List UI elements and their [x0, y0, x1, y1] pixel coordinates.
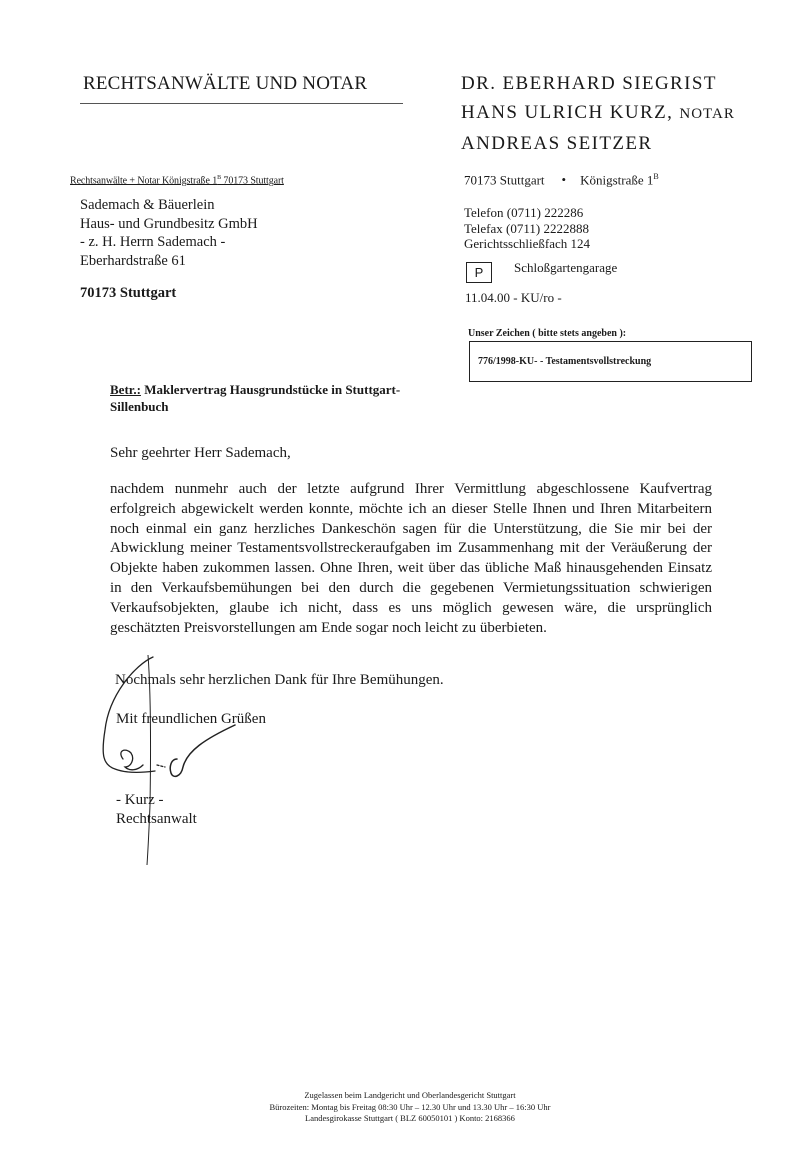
firm-address: 70173 Stuttgart•Königstraße 1B	[464, 172, 659, 188]
court-mailbox: Gerichtsschließfach 124	[464, 236, 590, 252]
recipient-line: Haus- und Grundbesitz GmbH	[80, 215, 258, 234]
recipient-line: Eberhardstraße 61	[80, 252, 258, 271]
footer-line: Landesgirokasse Stuttgart ( BLZ 60050101…	[230, 1113, 590, 1125]
footer: Zugelassen beim Landgericht und Oberland…	[230, 1090, 590, 1125]
recipient-city: 70173 Stuttgart	[80, 285, 176, 302]
signer-title: Rechtsanwalt	[116, 810, 197, 829]
salutation: Sehr geehrter Herr Sademach,	[110, 445, 291, 462]
signer: - Kurz - Rechtsanwalt	[116, 791, 197, 829]
footer-line: Zugelassen beim Landgericht und Oberland…	[230, 1090, 590, 1102]
phone-number: Telefon (0711) 222286	[464, 205, 590, 221]
firm-title: RECHTSANWÄLTE UND NOTAR	[83, 73, 367, 95]
subject-text-cont: Sillenbuch	[110, 398, 400, 415]
parking-icon: P	[466, 262, 492, 283]
partner-name: HANS ULRICH KURZ, NOTAR	[461, 98, 735, 129]
reference-label: Unser Zeichen ( bitte stets angeben ):	[468, 328, 626, 339]
signer-name: - Kurz -	[116, 791, 197, 810]
reference-value: 776/1998-KU- - Testamentsvollstreckung	[478, 356, 651, 367]
bullet-icon: •	[562, 172, 567, 188]
sender-return-address: Rechtsanwälte + Notar Königstraße 1B 701…	[70, 175, 284, 186]
subject-label: Betr.:	[110, 382, 141, 397]
subject: Betr.: Maklervertrag Hausgrundstücke in …	[110, 381, 400, 415]
date-reference: 11.04.00 - KU/ro -	[465, 290, 562, 306]
parking-label: Schloßgartengarage	[514, 260, 617, 276]
firm-contacts: Telefon (0711) 222286 Telefax (0711) 222…	[464, 205, 590, 252]
partner-list: DR. EBERHARD SIEGRIST HANS ULRICH KURZ, …	[461, 69, 735, 158]
footer-line: Bürozeiten: Montag bis Freitag 08:30 Uhr…	[230, 1102, 590, 1114]
partner-name: DR. EBERHARD SIEGRIST	[461, 69, 735, 98]
subject-text: Maklervertrag Hausgrundstücke in Stuttga…	[141, 382, 400, 397]
recipient-line: - z. H. Herrn Sademach -	[80, 233, 258, 252]
fax-number: Telefax (0711) 2222888	[464, 221, 590, 237]
partner-name: ANDREAS SEITZER	[461, 129, 735, 158]
recipient-address: Sademach & Bäuerlein Haus- und Grundbesi…	[80, 196, 258, 270]
recipient-line: Sademach & Bäuerlein	[80, 196, 258, 215]
letter-body: nachdem nunmehr auch der letzte aufgrund…	[110, 480, 712, 638]
firm-title-rule	[80, 103, 403, 104]
signature-icon	[95, 655, 265, 865]
